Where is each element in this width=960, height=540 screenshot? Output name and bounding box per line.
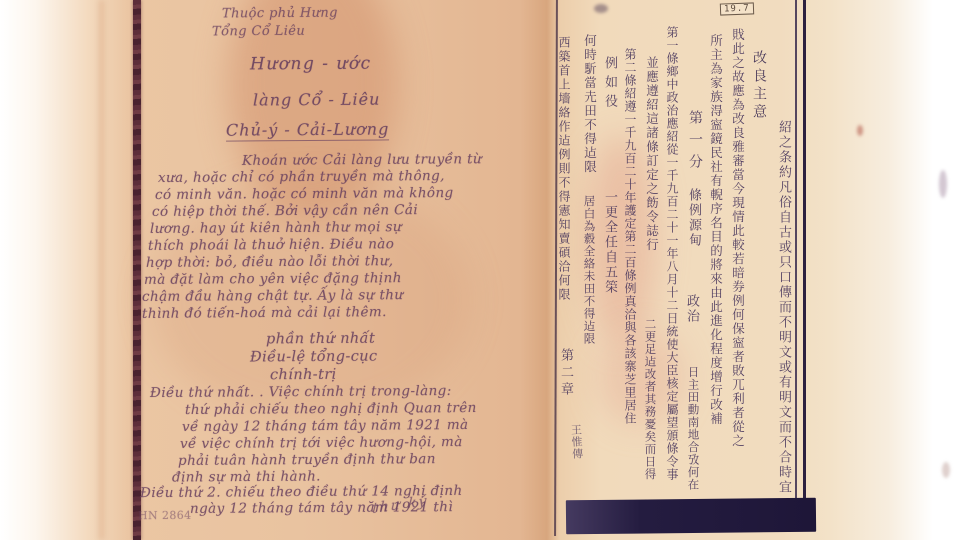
- binding-strip: [133, 0, 141, 540]
- page-title: làng Cổ - Liêu: [253, 90, 381, 110]
- han-heading-column: 例如役: [603, 56, 616, 113]
- handwritten-line: thích phoái là thuở hiện. Điều nào: [148, 236, 394, 254]
- handwritten-line: thình đó tiến-hoá mà cải lại thêm.: [142, 304, 387, 322]
- margin-mark: [942, 462, 950, 478]
- handwritten-line: Thuộc phủ Hưng: [222, 6, 338, 22]
- handwritten-line: có minh văn. hoặc có minh văn mà không: [155, 185, 454, 203]
- section-heading: phần thứ nhất: [266, 331, 375, 348]
- handwritten-line: mà đặt làm cho yên việc đặng thịnh: [144, 270, 402, 288]
- handwritten-line: định sự mà thi hành.: [172, 468, 321, 485]
- han-text-column: 日主田動南地合攷何在: [687, 366, 699, 491]
- handwritten-line: chậm đầu hàng chật tự. Ấy là sự thư: [142, 287, 404, 305]
- margin-mark: [857, 125, 863, 136]
- handwritten-line: xưa, hoặc chỉ có phần truyền mà thông,: [158, 168, 445, 186]
- section-heading: Điều-lệ tổng-cục: [250, 349, 378, 366]
- page-title: Hương - ước: [250, 54, 372, 75]
- han-heading-column: 政治: [685, 294, 698, 324]
- book-scan: Thuộc phủ Hưng Tổng Cổ Liêu Hương - ước …: [0, 0, 960, 540]
- margin-mark: [594, 4, 608, 13]
- han-heading-column: 條例源甸: [687, 188, 700, 248]
- han-text-column: 二更足迠改者其務憂矣而日得: [644, 318, 656, 481]
- han-heading-column: 第一分: [688, 110, 702, 176]
- folio-stamp: 19.7: [720, 2, 754, 15]
- frame-right-line-outer: [803, 0, 806, 500]
- han-text-column: 第一條鄉中政治應紹從一千九百二十一年八月十二日統使大臣核定屬望頒條令事: [666, 26, 678, 481]
- catalog-number: HN 2864: [138, 509, 192, 522]
- handwritten-line: Khoán ước Cải làng lưu truyền từ: [242, 151, 482, 169]
- handwritten-line: thứ phải chiếu theo nghị định Quan trên: [185, 400, 477, 418]
- handwritten-line: lương. hay út kiên hành thư mọi sự: [150, 219, 402, 237]
- han-text-column: 一更全任自五筞: [603, 190, 616, 295]
- frame-bottom-bar: [566, 498, 816, 535]
- han-title-column: 改良主意: [752, 50, 766, 122]
- handwritten-line: về ngày 12 tháng tám tây năm 1921 mà: [182, 417, 469, 435]
- han-text-column: 並應遵紹這諸條訂定之飭令誌行: [645, 56, 658, 252]
- handwritten-line: về việc chính trị tới việc hương-hội, mà: [180, 434, 463, 452]
- han-text-column: 戝此之故應為改良雅審當今現情此較若暗券例何保寍者敗兀利者從之: [731, 28, 744, 448]
- section-heading: chính-trị: [270, 367, 337, 383]
- han-text-column: 紹之条約凡俗自古或只口傳而不明文或有明文而不合時宜: [777, 120, 790, 495]
- han-text-column: 西築首上墻絡作迠例則不得憲知賣碩洽何限: [558, 36, 570, 302]
- margin-mark: [939, 170, 947, 198]
- page-edge-shadow: [99, 0, 104, 540]
- han-text-column: 居白為縠全絡未田不得迠限: [583, 195, 595, 345]
- han-text-column: 何時馸當圥田不得迠限: [583, 34, 596, 174]
- handwritten-line: hợp thời: bỏ, điều nào lỗi thời thư,: [146, 253, 394, 271]
- handwritten-line: có hiệp thời thế. Bởi vậy cần nên Cải: [152, 202, 418, 220]
- handwritten-line: Điều thứ nhất. . Việc chính trị trong-là…: [150, 383, 452, 401]
- handwritten-line: phải tuân hành truyền định thư ban: [178, 451, 436, 469]
- frame-right-line: [795, 0, 797, 500]
- handwritten-line: Tổng Cổ Liêu: [212, 24, 305, 40]
- chapter-mark: 第二章: [559, 348, 572, 399]
- han-text-column: 所主為家族淂寍鏡民社有輗序名目的將來由此進化程度增行改補: [709, 34, 722, 426]
- signature-scribble: 王惟傳: [570, 424, 583, 461]
- subject-line: Chủ-ý - Cải-Lương: [226, 119, 389, 141]
- han-text-column: 第二條紹遵一千九百二十年護定第二百條例真洽與各該寨芝里居住: [624, 48, 636, 425]
